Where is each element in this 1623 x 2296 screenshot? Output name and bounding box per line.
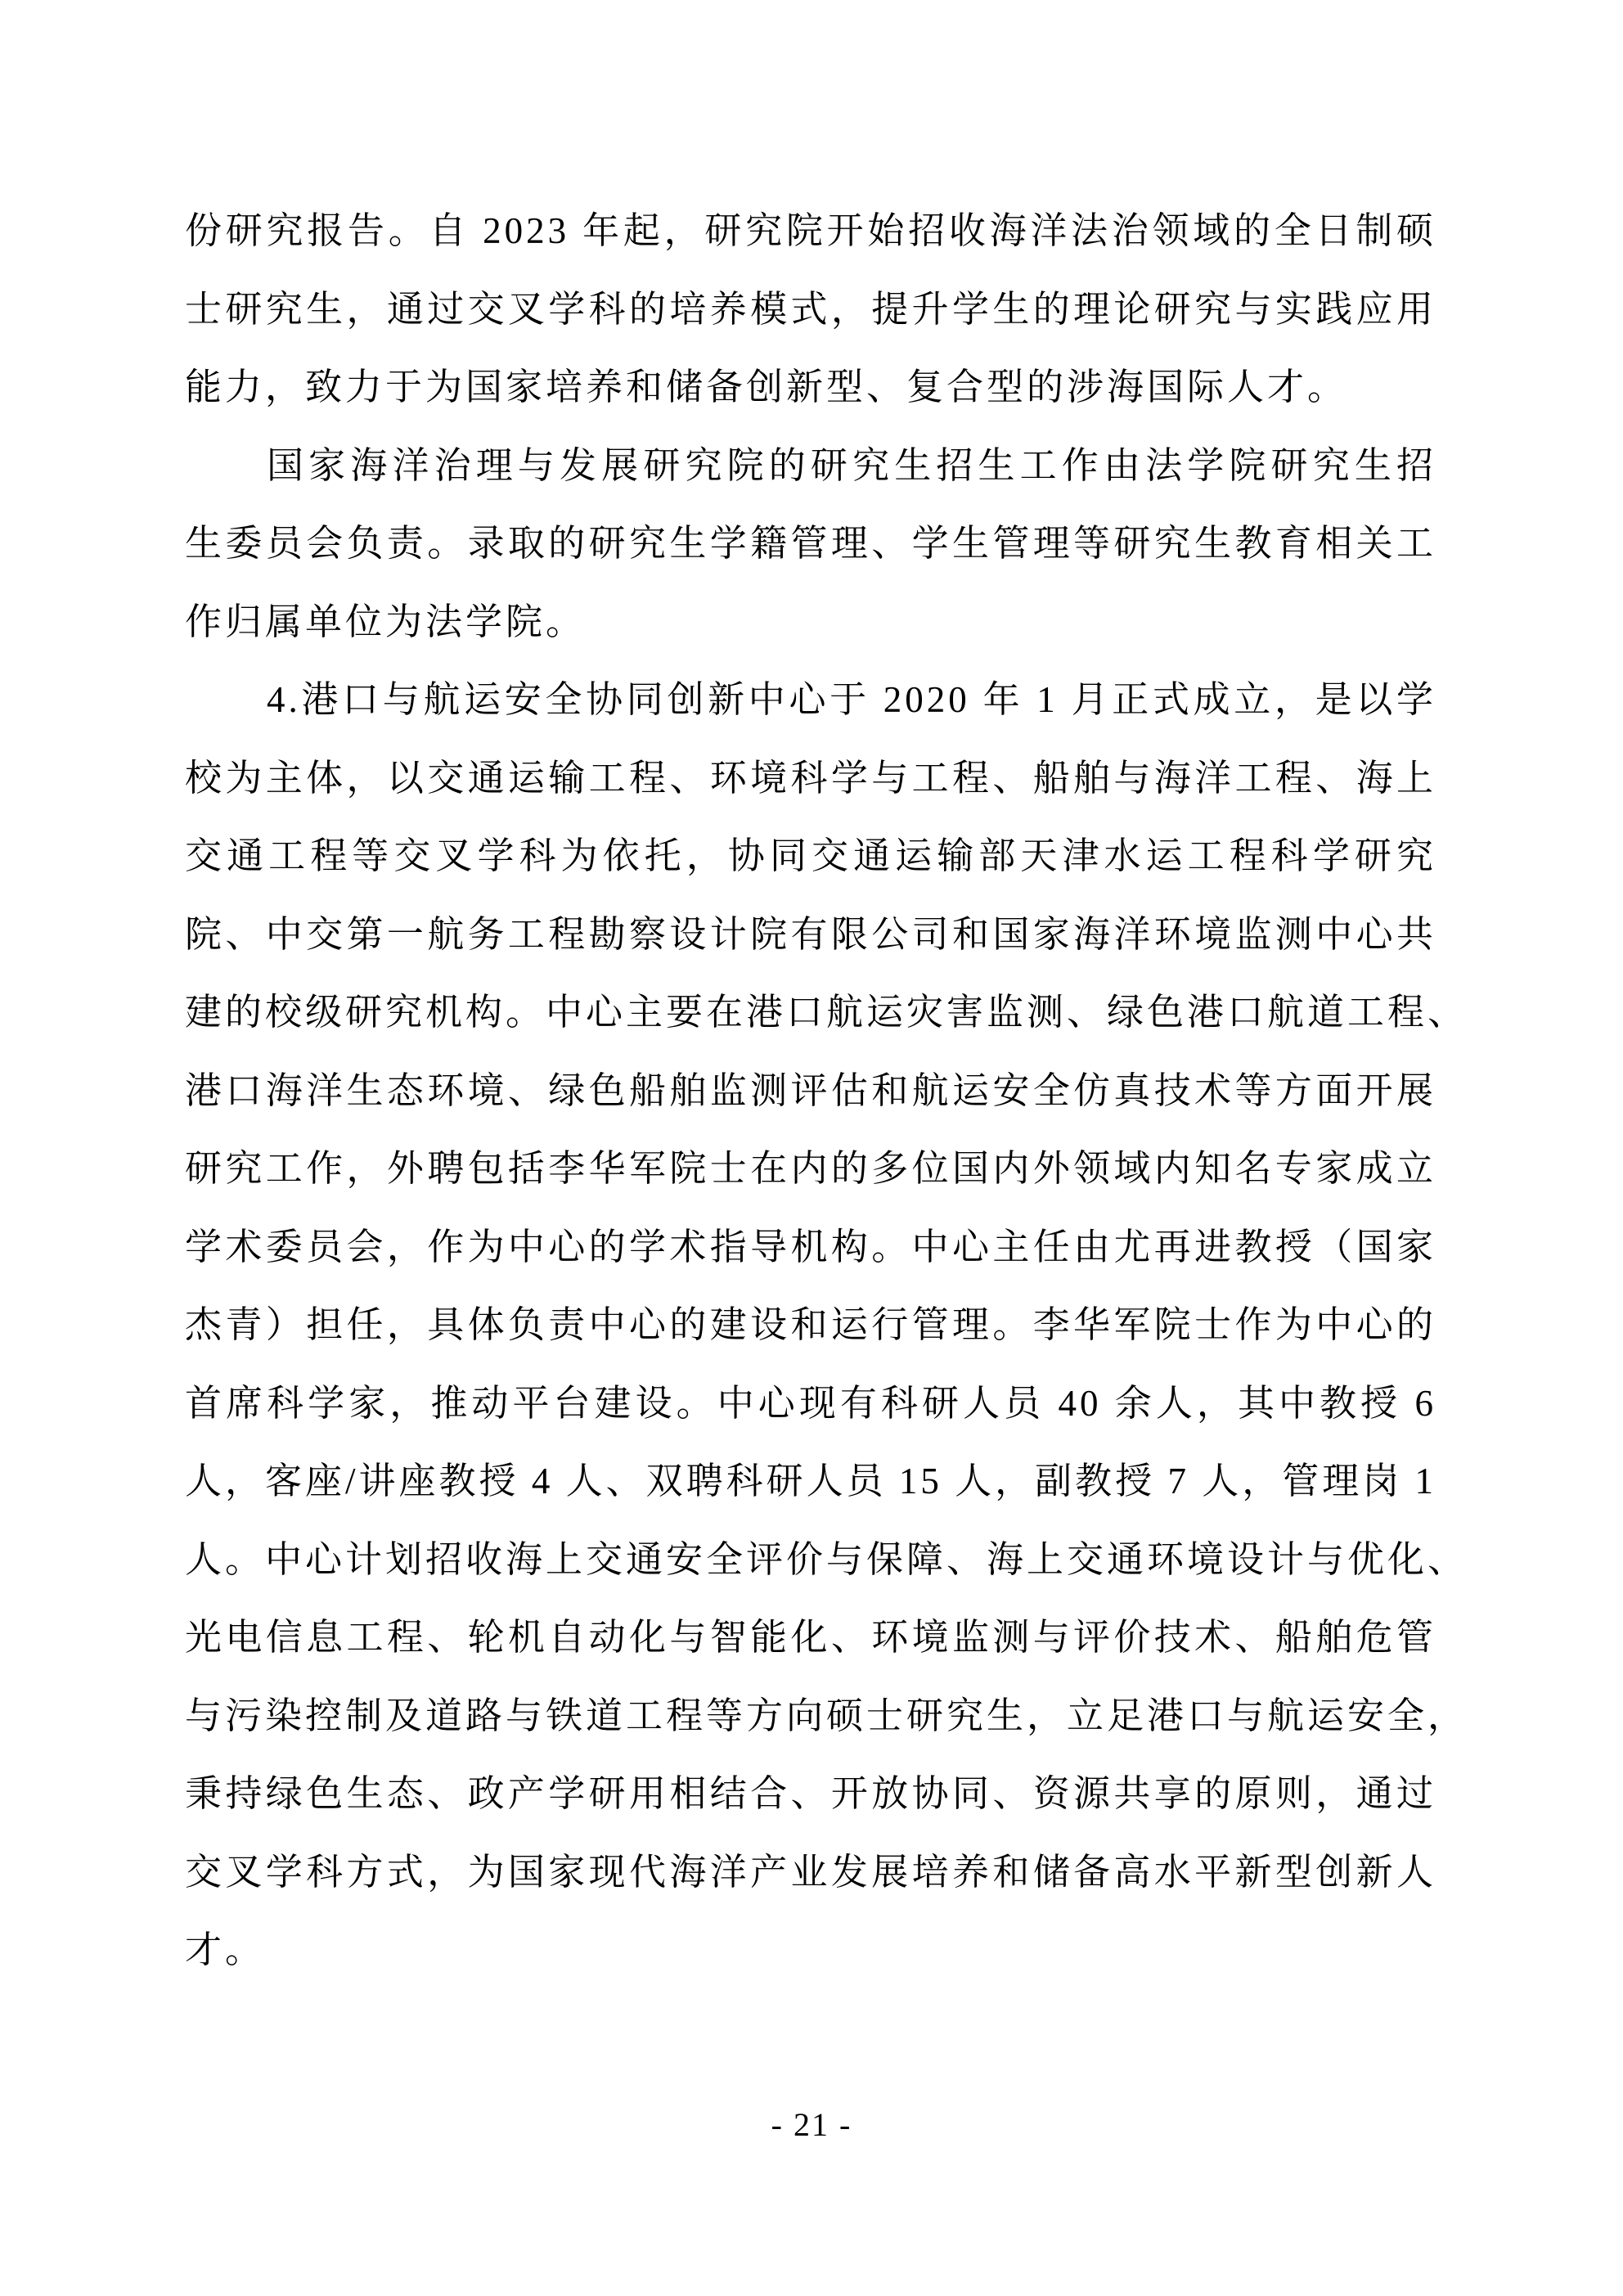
text-line: 士研究生，通过交叉学科的培养模式，提升学生的理论研究与实践应用 xyxy=(185,271,1436,349)
text-line: 港口海洋生态环境、绿色船舶监测评估和航运安全仿真技术等方面开展 xyxy=(185,1052,1436,1131)
text-line: 杰青）担任，具体负责中心的建设和运行管理。李华军院士作为中心的 xyxy=(185,1286,1436,1365)
text-line: 学术委员会，作为中心的学术指导机构。中心主任由尤再进教授（国家 xyxy=(185,1209,1436,1287)
text-line: 与污染控制及道路与铁道工程等方向硕士研究生，立足港口与航运安全， xyxy=(185,1677,1436,1756)
text-line: 校为主体，以交通运输工程、环境科学与工程、船舶与海洋工程、海上 xyxy=(185,740,1436,818)
text-line: 交叉学科方式，为国家现代海洋产业发展培养和储备高水平新型创新人 xyxy=(185,1834,1436,1912)
text-line: 生委员会负责。录取的研究生学籍管理、学生管理等研究生教育相关工 xyxy=(185,505,1436,583)
text-line: 国家海洋治理与发展研究院的研究生招生工作由法学院研究生招 xyxy=(185,427,1436,506)
text-line: 作归属单位为法学院。 xyxy=(185,583,1436,662)
text-line: 份研究报告。自 2023 年起，研究院开始招收海洋法治领域的全日制硕 xyxy=(185,192,1436,271)
text-line: 建的校级研究机构。中心主要在港口航运灾害监测、绿色港口航道工程、 xyxy=(185,974,1436,1052)
text-line: 交通工程等交叉学科为依托，协同交通运输部天津水运工程科学研究 xyxy=(185,817,1436,896)
text-line: 4.港口与航运安全协同创新中心于 2020 年 1 月正式成立，是以学 xyxy=(185,661,1436,740)
document-page: 份研究报告。自 2023 年起，研究院开始招收海洋法治领域的全日制硕士研究生，通… xyxy=(0,0,1623,2296)
text-line: 首席科学家，推动平台建设。中心现有科研人员 40 余人，其中教授 6 xyxy=(185,1365,1436,1443)
text-line: 人，客座/讲座教授 4 人、双聘科研人员 15 人，副教授 7 人，管理岗 1 xyxy=(185,1443,1436,1521)
text-line: 秉持绿色生态、政产学研用相结合、开放协同、资源共享的原则，通过 xyxy=(185,1755,1436,1834)
text-line: 能力，致力于为国家培养和储备创新型、复合型的涉海国际人才。 xyxy=(185,349,1436,427)
text-line: 研究工作，外聘包括李华军院士在内的多位国内外领域内知名专家成立 xyxy=(185,1130,1436,1209)
text-line: 光电信息工程、轮机自动化与智能化、环境监测与评价技术、船舶危管 xyxy=(185,1599,1436,1677)
text-line: 人。中心计划招收海上交通安全评价与保障、海上交通环境设计与优化、 xyxy=(185,1521,1436,1600)
document-body-text: 份研究报告。自 2023 年起，研究院开始招收海洋法治领域的全日制硕士研究生，通… xyxy=(185,192,1436,1990)
text-line: 才。 xyxy=(185,1911,1436,1990)
page-number: - 21 - xyxy=(0,2105,1623,2145)
text-line: 院、中交第一航务工程勘察设计院有限公司和国家海洋环境监测中心共 xyxy=(185,896,1436,975)
